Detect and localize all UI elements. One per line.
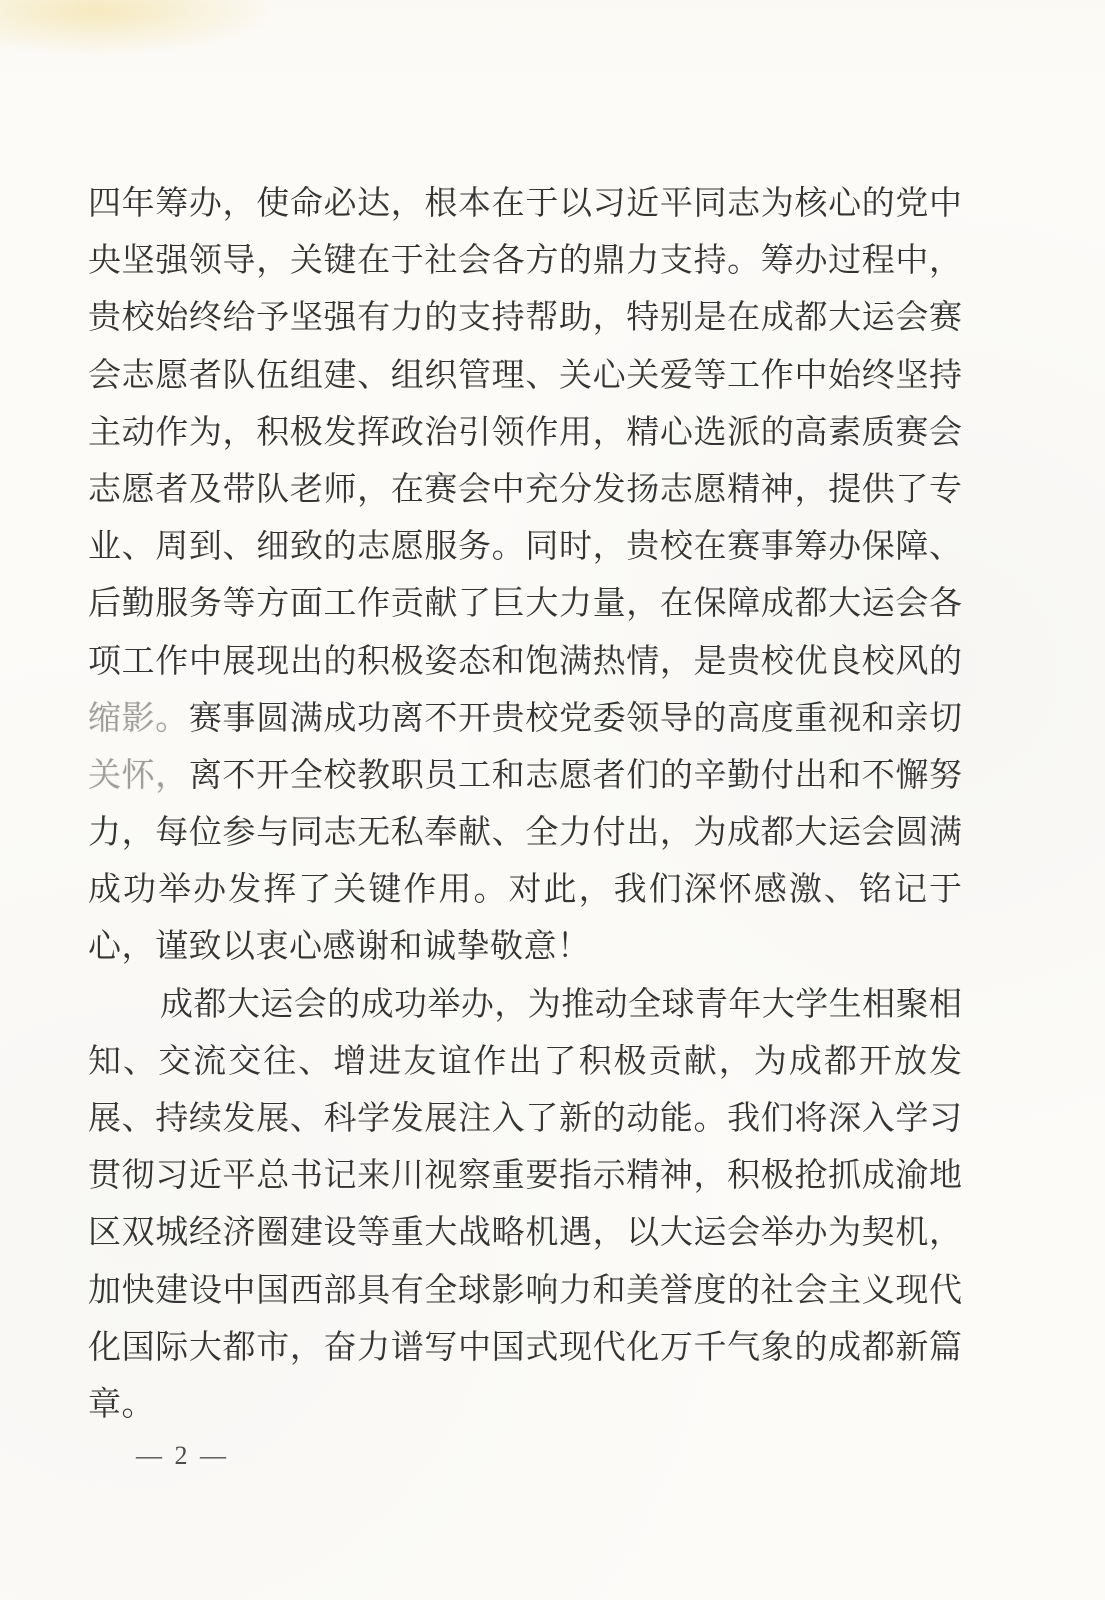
text-line: 化国际大都市，奋力谱写中国式现代化万千气象的成都新篇 [88, 1320, 962, 1377]
text-segment: 章。 [88, 1387, 155, 1423]
text-segment: 项工作中展现出的积极姿态和饱满热情，是贵校优良校风的 [88, 644, 962, 680]
page-footer: — 2 — [136, 1440, 229, 1472]
text-line: 成都大运会的成功举办，为推动全球青年大学生相聚相 [88, 977, 962, 1034]
text-segment: 化国际大都市，奋力谱写中国式现代化万千气象的成都新篇 [88, 1330, 962, 1366]
page-number-label: — 2 — [136, 1441, 229, 1470]
text-line: 章。 [88, 1377, 962, 1434]
text-line: 后勤服务等方面工作贡献了巨大力量，在保障成都大运会各 [88, 576, 962, 633]
text-segment: 成都大运会的成功举办，为推动全球青年大学生相聚相 [160, 987, 962, 1023]
text-segment: 四年筹办，使命必达，根本在于以习近平同志为核心的党中 [88, 186, 962, 222]
text-line: 会志愿者队伍组建、组织管理、关心关爱等工作中始终坚持 [88, 348, 962, 405]
text-line: 主动作为，积极发挥政治引领作用，精心选派的高素质赛会 [88, 405, 962, 462]
text-segment: 后勤服务等方面工作贡献了巨大力量，在保障成都大运会各 [88, 586, 962, 622]
text-line: 贵校始终给予坚强有力的支持帮助，特别是在成都大运会赛 [88, 290, 962, 347]
text-segment: 离不开全校教职员工和志愿者们的辛勤付出和不懈努 [189, 758, 962, 794]
letter-body: 四年筹办，使命必达，根本在于以习近平同志为核心的党中央坚强领导，关键在于社会各方… [88, 176, 962, 1434]
text-segment: 区双城经济圈建设等重大战略机遇，以大运会举办为契机， [88, 1215, 962, 1251]
text-segment: 主动作为，积极发挥政治引领作用，精心选派的高素质赛会 [88, 415, 962, 451]
text-segment: 知、交流交往、增进友谊作出了积极贡献，为成都开放发 [88, 1044, 962, 1080]
corner-smudge [0, 0, 276, 56]
faded-text-segment: 缩影。 [88, 701, 189, 737]
text-line: 关怀，离不开全校教职员工和志愿者们的辛勤付出和不懈努 [88, 748, 962, 805]
text-segment: 贯彻习近平总书记来川视察重要指示精神，积极抢抓成渝地 [88, 1158, 962, 1194]
text-line: 力，每位参与同志无私奉献、全力付出，为成都大运会圆满 [88, 805, 962, 862]
text-segment: 加快建设中国西部具有全球影响力和美誉度的社会主义现代 [88, 1273, 962, 1309]
text-line: 展、持续发展、科学发展注入了新的动能。我们将深入学习 [88, 1091, 962, 1148]
text-line: 区双城经济圈建设等重大战略机遇，以大运会举办为契机， [88, 1205, 962, 1262]
text-segment: 赛事圆满成功离不开贵校党委领导的高度重视和亲切 [189, 701, 962, 737]
text-line: 央坚强领导，关键在于社会各方的鼎力支持。筹办过程中， [88, 233, 962, 290]
document-page: 四年筹办，使命必达，根本在于以习近平同志为核心的党中央坚强领导，关键在于社会各方… [0, 0, 1105, 1600]
text-line: 成功举办发挥了关键作用。对此，我们深怀感激、铭记于 [88, 862, 962, 919]
text-segment: 业、周到、细致的志愿服务。同时，贵校在赛事筹办保障、 [88, 529, 962, 565]
text-line: 四年筹办，使命必达，根本在于以习近平同志为核心的党中 [88, 176, 962, 233]
text-segment: 会志愿者队伍组建、组织管理、关心关爱等工作中始终坚持 [88, 358, 962, 394]
text-line: 心，谨致以衷心感谢和诚挚敬意！ [88, 919, 962, 976]
text-segment: 力，每位参与同志无私奉献、全力付出，为成都大运会圆满 [88, 815, 962, 851]
text-segment: 心，谨致以衷心感谢和诚挚敬意！ [88, 929, 591, 965]
text-segment: 贵校始终给予坚强有力的支持帮助，特别是在成都大运会赛 [88, 300, 962, 336]
text-segment: 志愿者及带队老师，在赛会中充分发扬志愿精神，提供了专 [88, 472, 962, 508]
text-line: 志愿者及带队老师，在赛会中充分发扬志愿精神，提供了专 [88, 462, 962, 519]
text-segment: 展、持续发展、科学发展注入了新的动能。我们将深入学习 [88, 1101, 962, 1137]
text-line: 项工作中展现出的积极姿态和饱满热情，是贵校优良校风的 [88, 634, 962, 691]
text-line: 加快建设中国西部具有全球影响力和美誉度的社会主义现代 [88, 1263, 962, 1320]
text-line: 业、周到、细致的志愿服务。同时，贵校在赛事筹办保障、 [88, 519, 962, 576]
text-segment: 成功举办发挥了关键作用。对此，我们深怀感激、铭记于 [88, 872, 962, 908]
text-line: 贯彻习近平总书记来川视察重要指示精神，积极抢抓成渝地 [88, 1148, 962, 1205]
text-line: 缩影。赛事圆满成功离不开贵校党委领导的高度重视和亲切 [88, 691, 962, 748]
text-segment: 央坚强领导，关键在于社会各方的鼎力支持。筹办过程中， [88, 243, 962, 279]
text-line: 知、交流交往、增进友谊作出了积极贡献，为成都开放发 [88, 1034, 962, 1091]
faded-text-segment: 关怀， [88, 758, 189, 794]
